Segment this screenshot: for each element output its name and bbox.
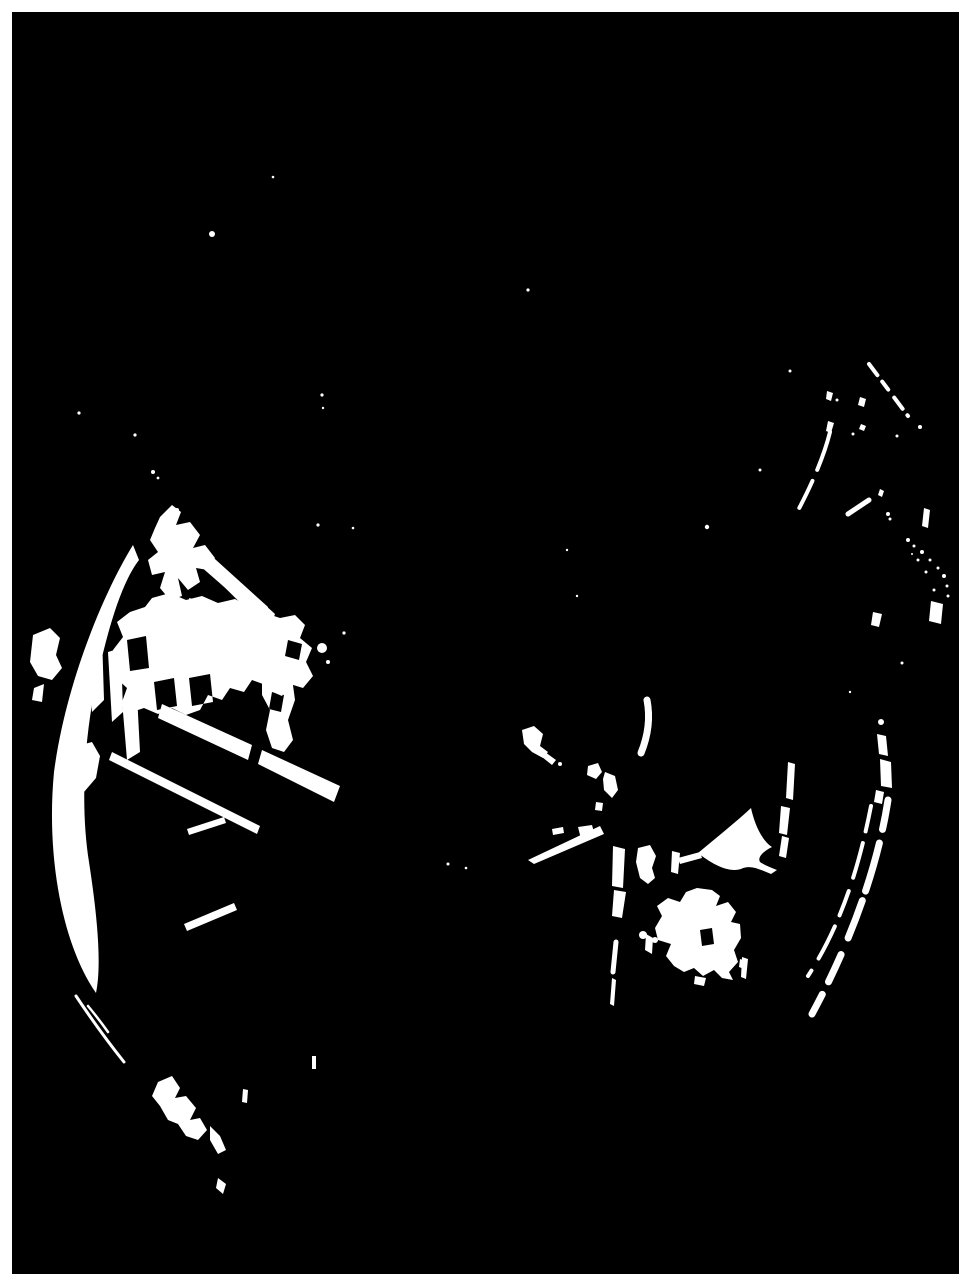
- mask-blob: [613, 942, 616, 972]
- mask-blob: [322, 407, 324, 409]
- mask-blob: [526, 288, 529, 291]
- mask-blob: [789, 370, 792, 373]
- mask-blob: [929, 559, 932, 562]
- mask-blob: [946, 585, 949, 588]
- mask-blob: [612, 846, 625, 888]
- mask-blob: [913, 545, 916, 548]
- mask-blob: [320, 393, 323, 396]
- mask-blob: [933, 589, 936, 592]
- mask-blob: [566, 549, 568, 551]
- mask-blob: [317, 643, 327, 653]
- mask-blob: [920, 550, 924, 554]
- mask-blob: [133, 433, 136, 436]
- mask-blob: [852, 433, 855, 436]
- mask-blob: [880, 759, 892, 788]
- mask-blob: [925, 571, 928, 574]
- mask-blob: [447, 863, 450, 866]
- mask-blob: [576, 595, 578, 597]
- mask-blob: [917, 559, 920, 562]
- mask-blob: [937, 567, 940, 570]
- mask-blob: [77, 411, 80, 414]
- mask-blob: [878, 719, 884, 725]
- mask-blob: [352, 527, 355, 530]
- mask-blob: [652, 937, 658, 943]
- mask-blob: [889, 518, 892, 521]
- mask-blob: [242, 1089, 248, 1103]
- mask-blob: [316, 523, 319, 526]
- mask-blob: [836, 399, 839, 402]
- mask-blob: [465, 867, 468, 870]
- mask-blob: [896, 435, 899, 438]
- mask-blob: [151, 470, 155, 474]
- mask-blob: [906, 538, 910, 542]
- mask-blob: [175, 508, 179, 512]
- mask-blob: [849, 691, 851, 693]
- mask-blob: [558, 762, 562, 766]
- mask-blob: [929, 601, 943, 624]
- mask-blob: [911, 553, 913, 555]
- mask-blob: [326, 660, 330, 664]
- mask-blob: [901, 662, 904, 665]
- mask-blob: [918, 425, 922, 429]
- mask-blob: [312, 1056, 316, 1069]
- mask-blob: [947, 595, 950, 598]
- mask-blob: [272, 176, 275, 179]
- mask-blob: [595, 802, 603, 811]
- mask-blob: [209, 231, 215, 237]
- binary-mask-figure: [0, 0, 971, 1287]
- mask-blob: [942, 574, 946, 578]
- mask-blob: [157, 477, 160, 480]
- mask-blob: [705, 525, 709, 529]
- mask-blob: [759, 469, 762, 472]
- mask-blob: [886, 512, 890, 516]
- binary-mask-svg: [0, 0, 971, 1287]
- mask-blob: [342, 631, 345, 634]
